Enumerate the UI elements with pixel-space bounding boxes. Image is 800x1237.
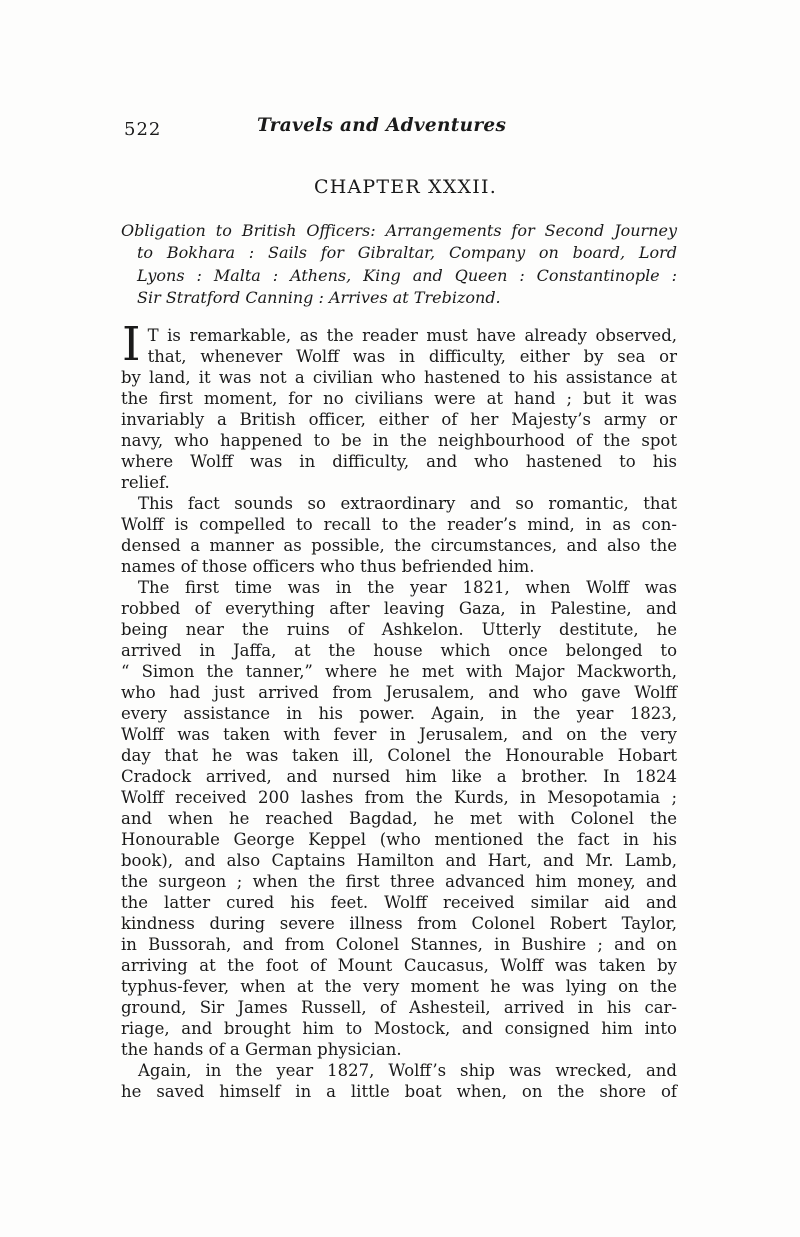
text-line: Sir Stratford Canning : Arrives at Trebi…: [121, 287, 677, 309]
drop-cap: I: [122, 326, 141, 366]
text-line: the latter cured his feet. Wolff receive…: [121, 892, 677, 913]
page-number: 522: [124, 119, 161, 140]
text-line: ground, Sir James Russell, of Ashesteil,…: [121, 997, 677, 1018]
text-line: riage, and brought him to Mostock, and c…: [121, 1018, 677, 1039]
text-line: the surgeon ; when the first three advan…: [121, 871, 677, 892]
text-line: the hands of a German physician.: [121, 1039, 677, 1060]
text-line: typhus-fever, when at the very moment he…: [121, 976, 677, 997]
text-line: The first time was in the year 1821, whe…: [121, 577, 677, 598]
text-line: where Wolff was in difficulty, and who h…: [121, 451, 677, 472]
text-line: robbed of everything after leaving Gaza,…: [121, 598, 677, 619]
text-line: arriving at the foot of Mount Caucasus, …: [121, 955, 677, 976]
text-line: he saved himself in a little boat when, …: [121, 1081, 677, 1102]
text-line: the first moment, for no civilians were …: [121, 388, 677, 409]
text-line: Again, in the year 1827, Wolff’s ship wa…: [121, 1060, 677, 1081]
text-line: Wolff is compelled to recall to the read…: [121, 514, 677, 535]
body-text: I T is remarkable, as the reader must ha…: [121, 325, 677, 1102]
text-line: “ Simon the tanner,” where he met with M…: [121, 661, 677, 682]
chapter-heading: CHAPTER XXXII.: [314, 176, 497, 198]
text-line: Honourable George Keppel (who mentioned …: [121, 829, 677, 850]
body-paragraph: Again, in the year 1827, Wolff’s ship wa…: [121, 1060, 677, 1102]
text-line: Lyons : Malta : Athens, King and Queen :…: [121, 265, 677, 287]
text-line: Wolff received 200 lashes from the Kurds…: [121, 787, 677, 808]
text-line: day that he was taken ill, Colonel the H…: [121, 745, 677, 766]
text-line: invariably a British officer, either of …: [121, 409, 677, 430]
body-paragraph: This fact sounds so extraordinary and so…: [121, 493, 677, 577]
text-line: being near the ruins of Ashkelon. Utterl…: [121, 619, 677, 640]
text-line: navy, who happened to be in the neighbou…: [121, 430, 677, 451]
text-line: relief.: [121, 472, 677, 493]
text-line: by land, it was not a civilian who haste…: [121, 367, 677, 388]
book-page: 522 Travels and Adventures CHAPTER XXXII…: [0, 0, 800, 1237]
body-paragraph: I T is remarkable, as the reader must ha…: [121, 325, 677, 493]
text-line: This fact sounds so extraordinary and so…: [121, 493, 677, 514]
text-line: to Bokhara : Sails for Gibraltar, Compan…: [121, 242, 677, 264]
text-line: in Bussorah, and from Colonel Stannes, i…: [121, 934, 677, 955]
text-line: and when he reached Bagdad, he met with …: [121, 808, 677, 829]
text-line: densed a manner as possible, the circums…: [121, 535, 677, 556]
text-line: book), and also Captains Hamilton and Ha…: [121, 850, 677, 871]
body-paragraph: The first time was in the year 1821, whe…: [121, 577, 677, 1060]
text-line: Cradock arrived, and nursed him like a b…: [121, 766, 677, 787]
text-line: that, whenever Wolff was in difficulty, …: [121, 346, 677, 367]
text-line: Wolff was taken with fever in Jerusalem,…: [121, 724, 677, 745]
text-line: names of those officers who thus befrien…: [121, 556, 677, 577]
running-title: Travels and Adventures: [257, 115, 506, 136]
chapter-summary: Obligation to British Officers: Arrangem…: [121, 220, 677, 310]
text-line: T is remarkable, as the reader must have…: [121, 325, 677, 346]
text-column: Obligation to British Officers: Arrangem…: [121, 220, 677, 1102]
text-line: arrived in Jaffa, at the house which onc…: [121, 640, 677, 661]
text-line: kindness during severe illness from Colo…: [121, 913, 677, 934]
text-line: every assistance in his power. Again, in…: [121, 703, 677, 724]
text-line: who had just arrived from Jerusalem, and…: [121, 682, 677, 703]
text-line: Obligation to British Officers: Arrangem…: [121, 220, 677, 242]
